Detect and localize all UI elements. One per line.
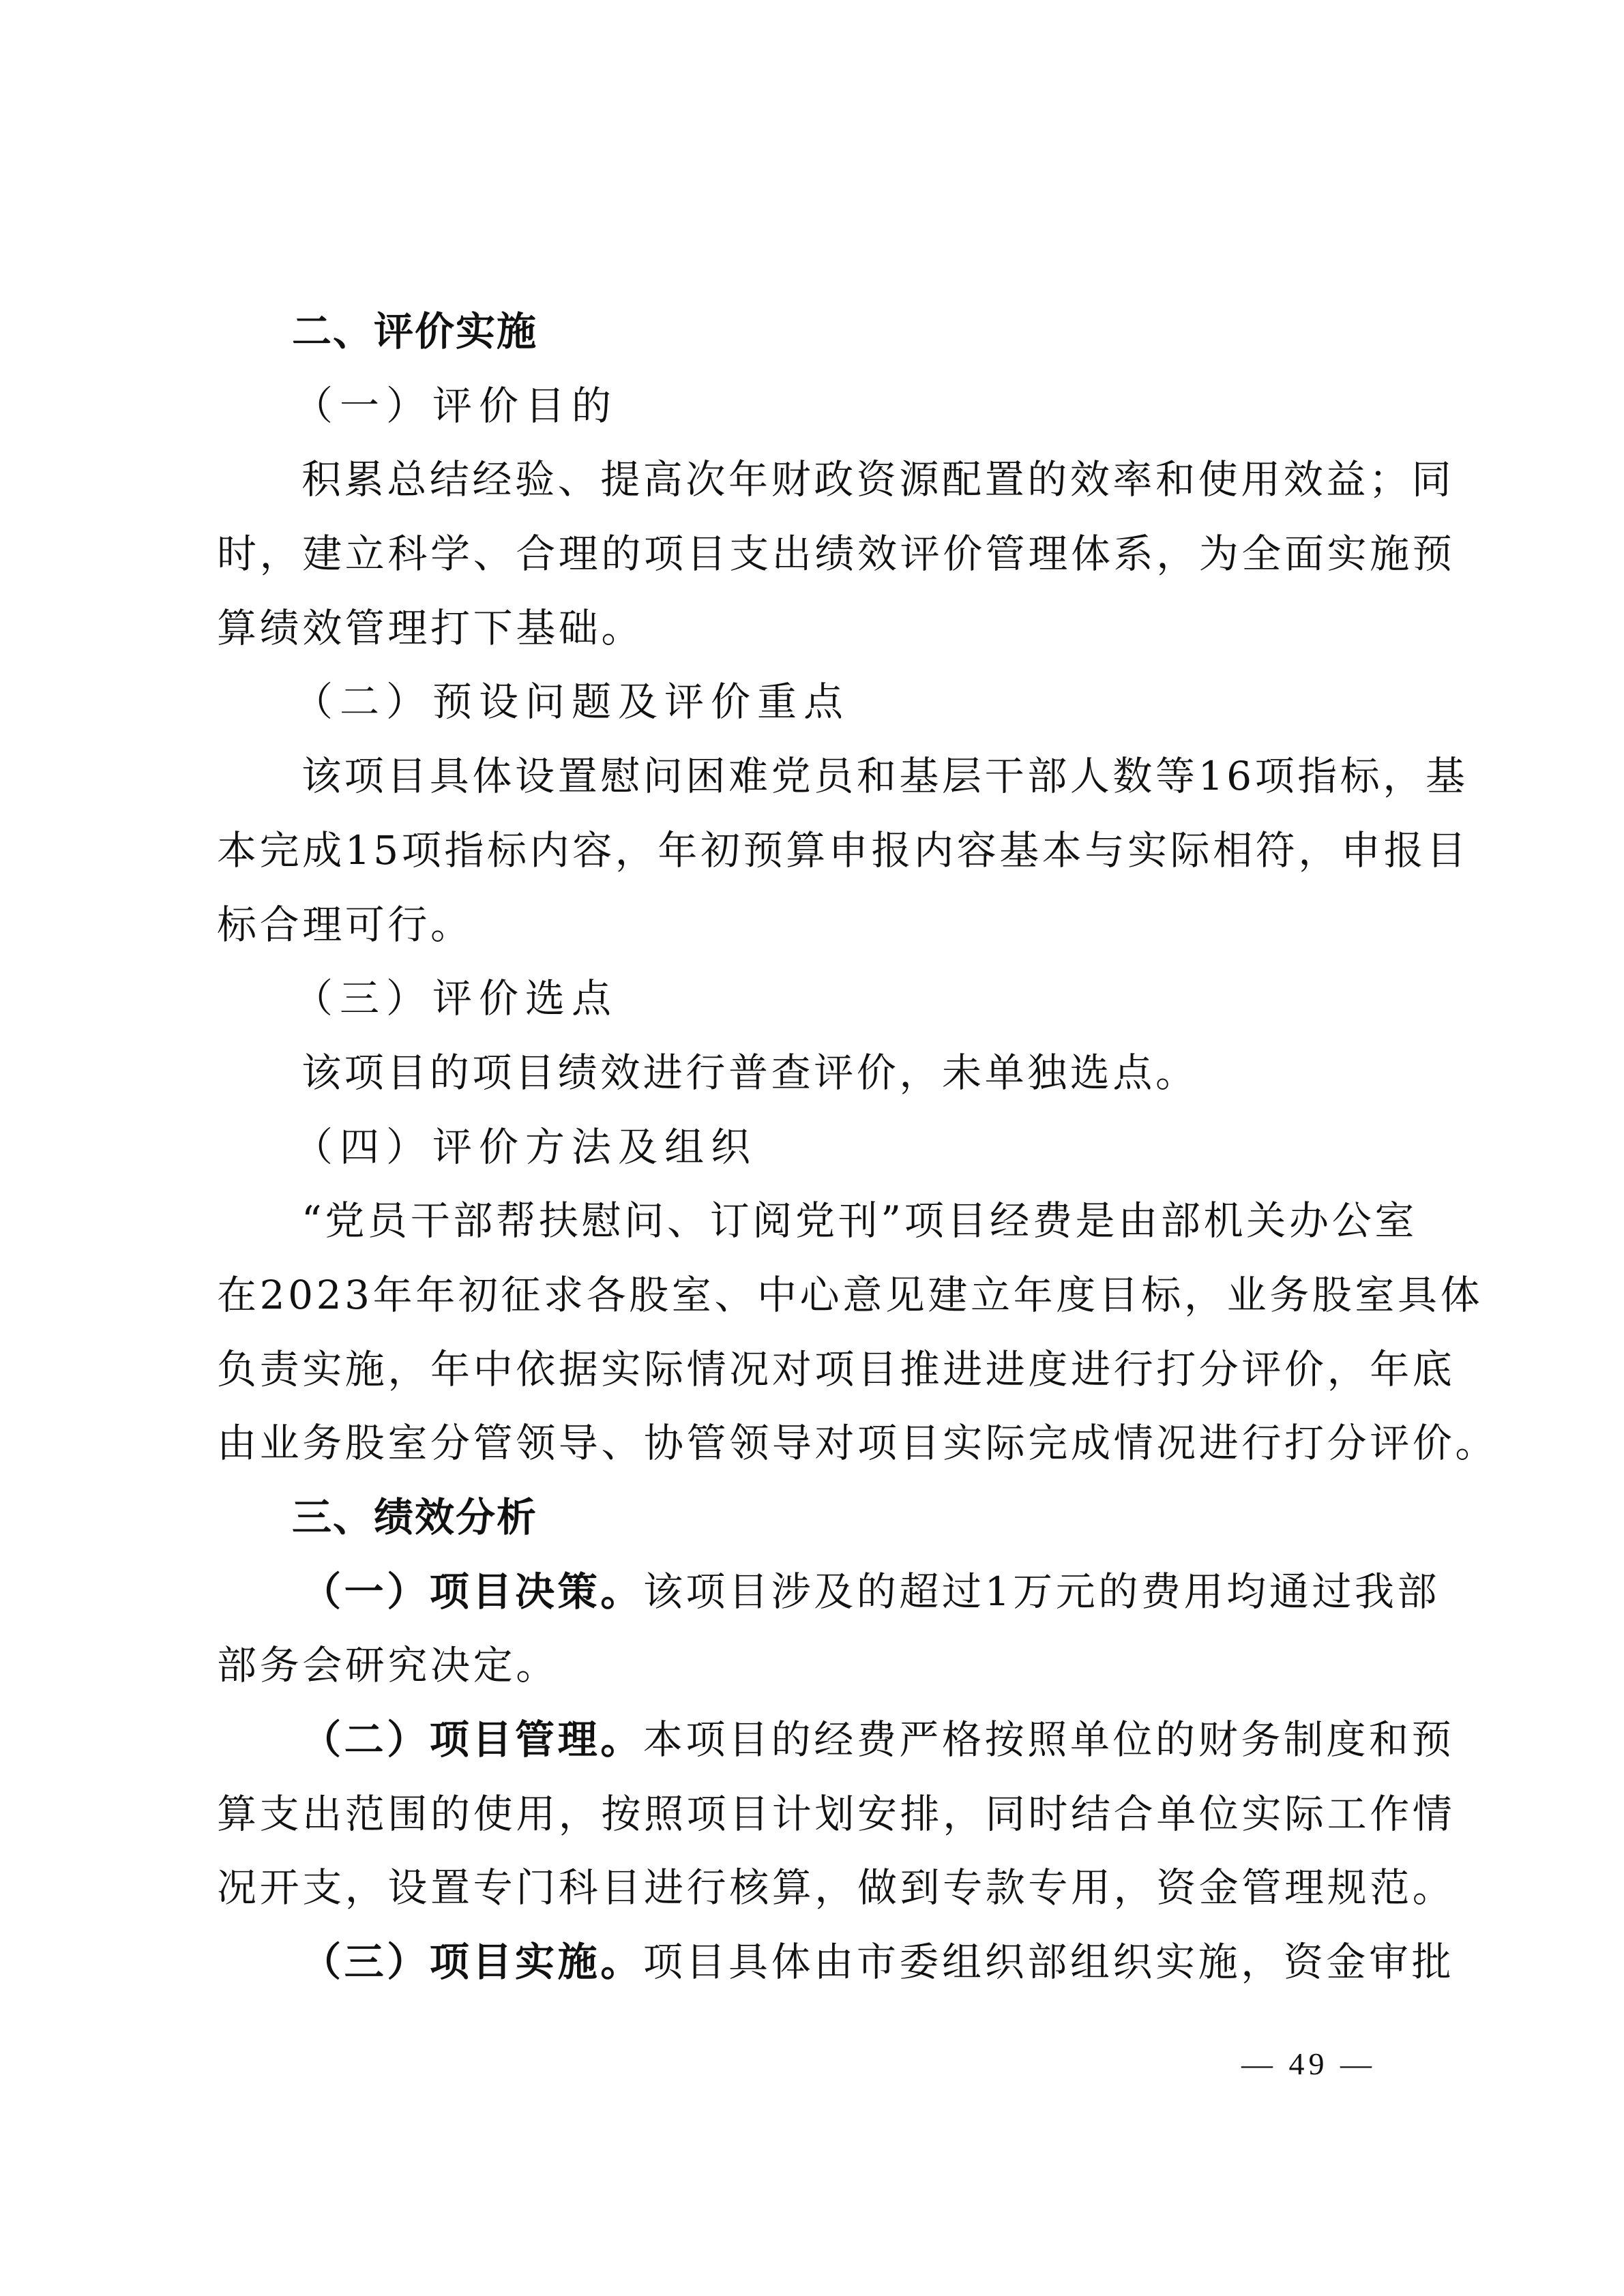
paragraph-text: 项目具体由市委组织部组织实施，资金审批 bbox=[643, 1939, 1454, 1985]
paragraph-line: 算支出范围的使用，按照项目计划安排，同时结合单位实际工作情 bbox=[217, 1777, 1417, 1851]
paragraph-line: 在2023年年初征求各股室、中心意见建立年度目标，业务股室具体 bbox=[217, 1258, 1417, 1332]
paragraph-lead: （一）项目决策。 bbox=[301, 1568, 643, 1615]
page-number: — 49 — bbox=[1241, 2046, 1376, 2082]
subheading-evaluation-sampling: （三）评价选点 bbox=[217, 961, 1417, 1036]
paragraph-line: 由业务股室分管领导、协管领导对项目实际完成情况进行打分评价。 bbox=[217, 1406, 1417, 1480]
paragraph-line: （二）项目管理。本项目的经费严格按照单位的财务制度和预 bbox=[217, 1703, 1417, 1777]
paragraph-line: 况开支，设置专门科目进行核算，做到专款专用，资金管理规范。 bbox=[217, 1851, 1417, 1925]
paragraph-line: 积累总结经验、提高次年财政资源配置的效率和使用效益；同 bbox=[217, 443, 1417, 517]
paragraph-line: 时，建立科学、合理的项目支出绩效评价管理体系，为全面实施预 bbox=[217, 517, 1417, 591]
paragraph-line: 该项目具体设置慰问困难党员和基层干部人数等16项指标，基 bbox=[217, 739, 1417, 814]
paragraph-line: 部务会研究决定。 bbox=[217, 1628, 1417, 1703]
paragraph-line: 该项目的项目绩效进行普查评价，未单独选点。 bbox=[217, 1036, 1417, 1110]
paragraph-line: （三）项目实施。项目具体由市委组织部组织实施，资金审批 bbox=[217, 1925, 1417, 1999]
section-heading-evaluation-implementation: 二、评价实施 bbox=[217, 295, 1417, 369]
paragraph-lead: （三）项目实施。 bbox=[301, 1939, 643, 1985]
section-heading-performance-analysis: 三、绩效分析 bbox=[217, 1480, 1417, 1555]
document-body: 二、评价实施 （一）评价目的 积累总结经验、提高次年财政资源配置的效率和使用效益… bbox=[217, 295, 1417, 1999]
paragraph-lead: （二）项目管理。 bbox=[301, 1716, 643, 1763]
subheading-evaluation-method: （四）评价方法及组织 bbox=[217, 1110, 1417, 1184]
paragraph-line: 本完成15项指标内容，年初预算申报内容基本与实际相符，申报目 bbox=[217, 814, 1417, 888]
paragraph-text: 该项目涉及的超过1万元的费用均通过我部 bbox=[643, 1568, 1440, 1615]
document-page: 二、评价实施 （一）评价目的 积累总结经验、提高次年财政资源配置的效率和使用效益… bbox=[0, 0, 1624, 2296]
paragraph-line: 标合理可行。 bbox=[217, 888, 1417, 962]
paragraph-line: （一）项目决策。该项目涉及的超过1万元的费用均通过我部 bbox=[217, 1555, 1417, 1629]
subheading-preset-issues: （二）预设问题及评价重点 bbox=[217, 665, 1417, 739]
subheading-evaluation-purpose: （一）评价目的 bbox=[217, 369, 1417, 443]
paragraph-line: 算绩效管理打下基础。 bbox=[217, 591, 1417, 666]
paragraph-line: “党员干部帮扶慰问、订阅党刊”项目经费是由部机关办公室 bbox=[217, 1184, 1417, 1258]
paragraph-text: 本项目的经费严格按照单位的财务制度和预 bbox=[643, 1716, 1454, 1763]
paragraph-line: 负责实施，年中依据实际情况对项目推进进度进行打分评价，年底 bbox=[217, 1332, 1417, 1407]
